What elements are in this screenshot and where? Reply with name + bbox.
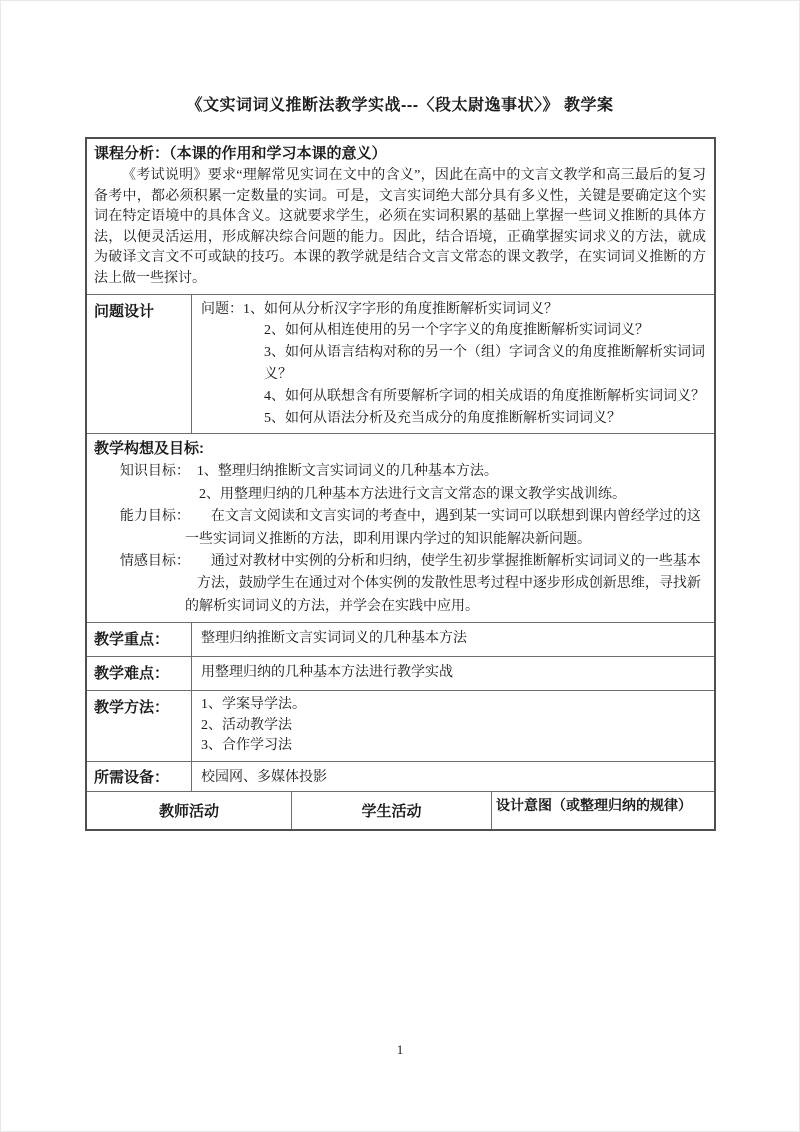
row-key-point: 教学重点： 整理归纳推断文言实词词义的几种基本方法	[87, 622, 714, 656]
equipment-content: 校园网、多媒体投影	[192, 762, 714, 791]
lesson-plan-table: 课程分析：（本课的作用和学习本课的意义） 《考试说明》要求“理解常见实词在文中的…	[85, 137, 716, 831]
goal-line-ability: 能力目标： 在文言文阅读和文言实词的考查中，遇到某一实词可以联想到课内曾经学过的…	[120, 506, 706, 528]
question-design-content: 问题：1、如何从分析汉字字形的角度推断解析实词词义？ 2、如何从相连使用的另一个…	[192, 295, 714, 434]
goal-line: 2、用整理归纳的几种基本方法进行文言文常态的课文教学实战训练。	[199, 484, 706, 506]
method-line: 2、活动教学法	[201, 716, 708, 737]
row-methods: 教学方法： 1、学案导学法。 2、活动教学法 3、合作学习法	[87, 690, 714, 761]
row-teaching-goals: 教学构想及目标: 知识目标： 1、整理归纳推断文言实词词义的几种基本方法。 2、…	[87, 433, 714, 622]
question-line: 3、如何从语言结构对称的另一个（组）字词含义的角度推断解析实词词义？	[264, 342, 708, 386]
question-design-label: 问题设计	[87, 295, 192, 434]
row-difficulty: 教学难点： 用整理归纳的几种基本方法进行教学实战	[87, 656, 714, 690]
difficulty-content: 用整理归纳的几种基本方法进行教学实战	[192, 657, 714, 690]
teaching-goals-cell: 教学构想及目标: 知识目标： 1、整理归纳推断文言实词词义的几种基本方法。 2、…	[87, 434, 714, 622]
course-analysis-paragraph: 《考试说明》要求“理解常见实词在文中的含义”，因此在高中的文言文教学和高三最后的…	[94, 166, 706, 290]
row-equipment: 所需设备： 校园网、多媒体投影	[87, 761, 714, 791]
course-analysis-cell: 课程分析：（本课的作用和学习本课的意义） 《考试说明》要求“理解常见实词在文中的…	[87, 139, 714, 294]
methods-content: 1、学案导学法。 2、活动教学法 3、合作学习法	[192, 691, 714, 761]
row-question-design: 问题设计 问题：1、如何从分析汉字字形的角度推断解析实词词义？ 2、如何从相连使…	[87, 294, 714, 434]
question-line: 4、如何从联想含有所要解析字词的相关成语的角度推断解析实词词义？	[264, 386, 708, 408]
design-intent-header: 设计意图（或整理归纳的规律）	[492, 792, 714, 829]
course-analysis-label: 课程分析：（本课的作用和学习本课的意义）	[94, 142, 706, 166]
document-title: 《文实词词义推断法教学实战---〈段太尉逸事状〉》 教学案	[0, 92, 800, 115]
row-course-analysis: 课程分析：（本课的作用和学习本课的意义） 《考试说明》要求“理解常见实词在文中的…	[87, 139, 714, 294]
question-line: 5、如何从语法分析及充当成分的角度推断解析实词词义？	[264, 408, 708, 430]
key-point-label: 教学重点：	[87, 623, 192, 656]
goal-line: 一些实词词义推断的方法，即利用课内学过的知识能解决新问题。	[185, 529, 706, 551]
question-line: 问题：1、如何从分析汉字字形的角度推断解析实词词义？	[201, 299, 708, 321]
goal-line: 的解析实词词义的方法，并学会在实践中应用。	[185, 596, 706, 618]
page-number: 1	[0, 1042, 800, 1058]
question-line: 2、如何从相连使用的另一个字字义的角度推断解析实词词义？	[264, 320, 708, 342]
methods-label: 教学方法：	[87, 691, 192, 761]
difficulty-label: 教学难点：	[87, 657, 192, 690]
student-activity-header: 学生活动	[292, 792, 492, 829]
goal-line-emotion: 情感目标： 通过对教材中实例的分析和归纳，使学生初步掌握推断解析实词词义的一些基…	[120, 551, 706, 573]
goal-line: 方法，鼓励学生在通过对个体实例的发散性思考过程中逐步形成创新思维，寻找新	[197, 573, 706, 595]
row-activity-header: 教师活动 学生活动 设计意图（或整理归纳的规律）	[87, 791, 714, 829]
teacher-activity-header: 教师活动	[87, 792, 292, 829]
equipment-label: 所需设备：	[87, 762, 192, 791]
method-line: 1、学案导学法。	[201, 695, 708, 716]
document-page: 《文实词词义推断法教学实战---〈段太尉逸事状〉》 教学案 课程分析：（本课的作…	[0, 0, 800, 1132]
teaching-goals-label: 教学构想及目标:	[94, 437, 706, 461]
goal-line-knowledge: 知识目标： 1、整理归纳推断文言实词词义的几种基本方法。	[120, 461, 706, 483]
method-line: 3、合作学习法	[201, 736, 708, 757]
key-point-content: 整理归纳推断文言实词词义的几种基本方法	[192, 623, 714, 656]
